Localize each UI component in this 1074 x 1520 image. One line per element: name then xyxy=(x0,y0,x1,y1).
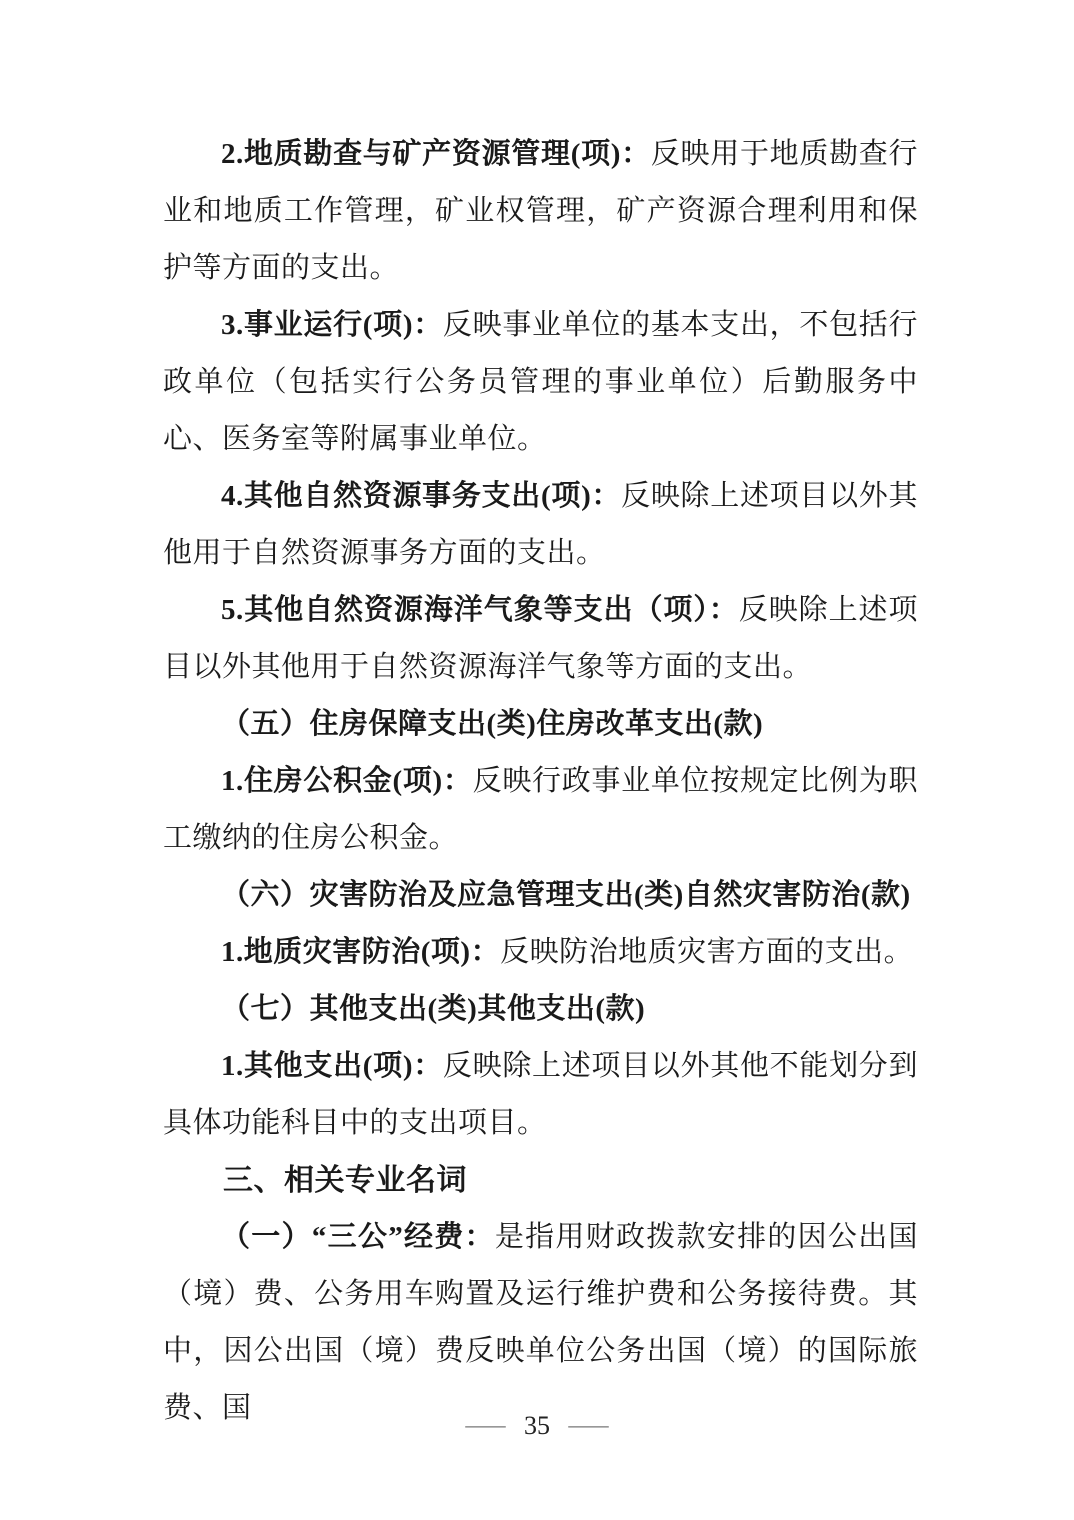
paragraph-text: 反映防治地质灾害方面的支出。 xyxy=(500,936,913,968)
paragraph-lead: （一）“三公”经费： xyxy=(221,1221,495,1253)
paragraph-lead: 3.事业运行(项)： xyxy=(221,309,443,341)
paragraph: （一）“三公”经费：是指用财政拨款安排的因公出国（境）费、公务用车购置及运行维护… xyxy=(163,1209,918,1437)
heading: （七）其他支出(类)其他支出(款) xyxy=(163,981,918,1038)
paragraph-lead: 4.其他自然资源事务支出(项)： xyxy=(221,480,621,512)
paragraph: 3.事业运行(项)：反映事业单位的基本支出，不包括行政单位（包括实行公务员管理的… xyxy=(163,297,918,468)
page-footer: — 35 — xyxy=(0,1406,1074,1446)
footer-left-dash: — xyxy=(466,1406,506,1446)
page-number: 35 xyxy=(524,1406,550,1446)
paragraph-lead: （五）住房保障支出(类)住房改革支出(款) xyxy=(221,708,763,740)
paragraph: 4.其他自然资源事务支出(项)：反映除上述项目以外其他用于自然资源事务方面的支出… xyxy=(163,468,918,582)
footer-right-dash: — xyxy=(569,1406,609,1446)
paragraph-lead: 5.其他自然资源海洋气象等支出（项）： xyxy=(221,594,739,626)
paragraph-lead: 三、相关专业名词 xyxy=(223,1164,467,1197)
paragraph-lead: 2.地质勘查与矿产资源管理(项)： xyxy=(221,138,651,170)
paragraph-lead: 1.其他支出(项)： xyxy=(221,1050,443,1082)
paragraph: 1.住房公积金(项)：反映行政事业单位按规定比例为职工缴纳的住房公积金。 xyxy=(163,753,918,867)
document-page: 2.地质勘查与矿产资源管理(项)：反映用于地质勘查行业和地质工作管理，矿业权管理… xyxy=(0,0,1074,1520)
paragraph-lead: 1.地质灾害防治(项)： xyxy=(221,936,500,968)
paragraph: 1.其他支出(项)：反映除上述项目以外其他不能划分到具体功能科目中的支出项目。 xyxy=(163,1038,918,1152)
paragraph: 2.地质勘查与矿产资源管理(项)：反映用于地质勘查行业和地质工作管理，矿业权管理… xyxy=(163,126,918,297)
heading: （五）住房保障支出(类)住房改革支出(款) xyxy=(163,696,918,753)
heading: 三、相关专业名词 xyxy=(163,1152,918,1209)
heading: （六）灾害防治及应急管理支出(类)自然灾害防治(款) xyxy=(163,867,918,924)
paragraph-lead: （六）灾害防治及应急管理支出(类)自然灾害防治(款) xyxy=(221,879,911,911)
paragraph: 5.其他自然资源海洋气象等支出（项）：反映除上述项目以外其他用于自然资源海洋气象… xyxy=(163,582,918,696)
paragraph-lead: （七）其他支出(类)其他支出(款) xyxy=(221,993,645,1025)
document-body: 2.地质勘查与矿产资源管理(项)：反映用于地质勘查行业和地质工作管理，矿业权管理… xyxy=(163,126,918,1437)
paragraph-lead: 1.住房公积金(项)： xyxy=(221,765,473,797)
paragraph: 1.地质灾害防治(项)：反映防治地质灾害方面的支出。 xyxy=(163,924,918,981)
